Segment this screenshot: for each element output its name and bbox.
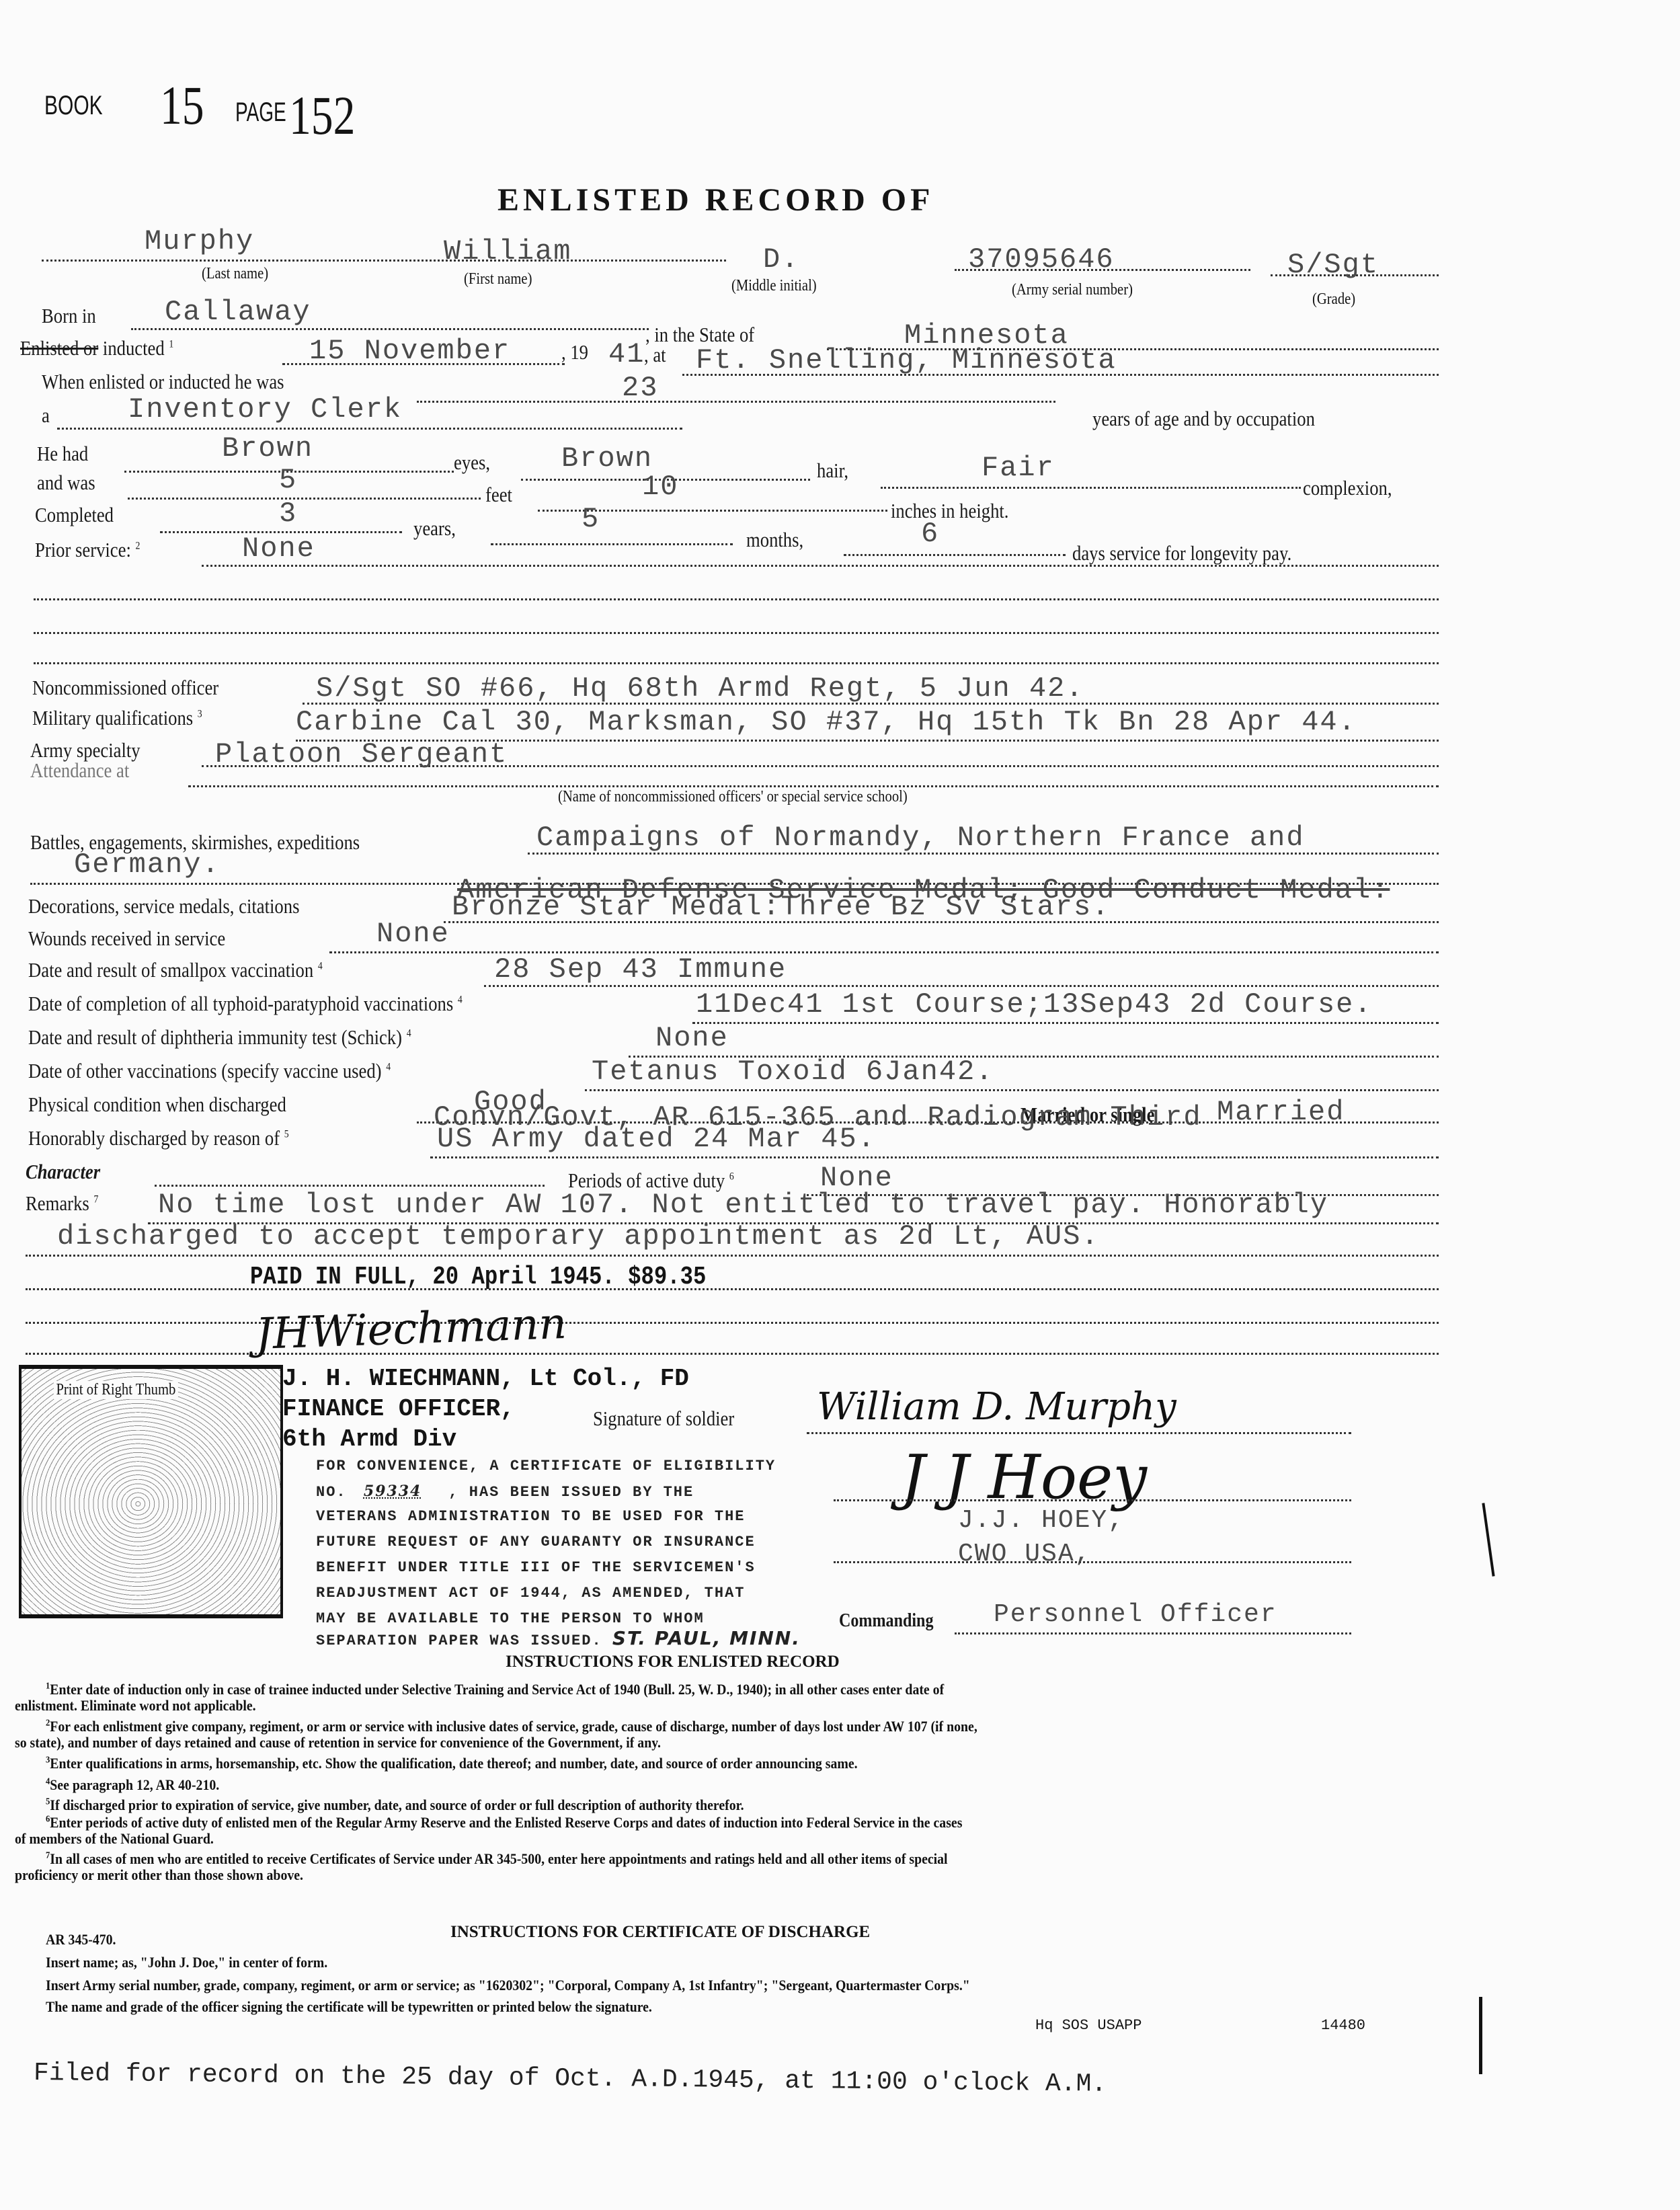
- longevity-days: 6: [921, 518, 939, 550]
- instruction-text: In all cases of men who are entitled to …: [50, 1850, 947, 1867]
- eyes-label: eyes,: [454, 450, 490, 475]
- diphtheria-value: None: [655, 1022, 729, 1054]
- footnote-marker: 5: [284, 1129, 289, 1140]
- prior-service-label: Prior service: 2: [35, 538, 140, 562]
- attendance-caption: (Name of noncommissioned officers' or sp…: [558, 788, 908, 806]
- inducted-label: inducted: [103, 336, 165, 360]
- certificate-line5: BENEFIT UNDER TITLE III OF THE SERVICEME…: [316, 1559, 756, 1576]
- footnote-marker: 4: [318, 961, 323, 972]
- instruction-text: Enter qualifications in arms, horsemansh…: [50, 1755, 857, 1772]
- last-name: Murphy: [145, 225, 254, 258]
- smallpox-label: Date and result of smallpox vaccination …: [28, 958, 323, 982]
- height-feet: 5: [279, 464, 297, 496]
- discharge-ar-reference: AR 345-470.: [46, 1931, 116, 1948]
- certificate-line4: FUTURE REQUEST OF ANY GUARANTY OR INSURA…: [316, 1534, 756, 1550]
- smallpox-value: 28 Sep 43 Immune: [494, 953, 787, 986]
- diphtheria-text: Date and result of diphtheria immunity t…: [28, 1025, 402, 1049]
- other-vaccinations-text: Date of other vaccinations (specify vacc…: [28, 1059, 382, 1082]
- nco-label: Noncommissioned officer: [32, 676, 218, 700]
- longevity-years: 3: [279, 498, 297, 530]
- certificate-line3: VETERANS ADMINISTRATION TO BE USED FOR T…: [316, 1508, 746, 1525]
- discharge-reason-label: Honorably discharged by reason of 5: [28, 1126, 289, 1150]
- page-title: ENLISTED RECORD OF: [497, 182, 934, 219]
- other-vaccinations-value: Tetanus Toxoid 6Jan42.: [592, 1056, 994, 1088]
- hair-label: hair,: [817, 459, 848, 483]
- qualifications-text: Military qualifications: [32, 706, 193, 729]
- commanding-label: Commanding: [839, 1610, 934, 1632]
- instruction-continuation: so state), and number of days retained a…: [15, 1734, 661, 1751]
- certificate-no-label: NO.: [316, 1484, 347, 1501]
- footnote-marker: 4: [407, 1028, 411, 1039]
- grade-caption: (Grade): [1312, 290, 1355, 309]
- remarks-text: Remarks: [26, 1191, 89, 1215]
- instruction-item: 7In all cases of men who are entitled to…: [46, 1850, 948, 1868]
- hair-color: Brown: [561, 442, 653, 475]
- serial-number: 37095646: [968, 243, 1115, 276]
- certificate-line8: SEPARATION PAPER WAS ISSUED. ST. PAUL, M…: [316, 1627, 801, 1649]
- bracket-mark: [1482, 1503, 1494, 1576]
- was-label: and was: [37, 471, 95, 495]
- stamp-number: 14480: [1321, 2017, 1365, 2034]
- finance-officer-name: J. H. WIECHMANN, Lt Col., FD: [282, 1365, 689, 1392]
- years-label: years,: [413, 516, 456, 541]
- decorations-label: Decorations, service medals, citations: [28, 894, 299, 918]
- age-label: When enlisted or inducted he was: [42, 370, 284, 394]
- days-label: days service for longevity pay.: [1072, 541, 1291, 565]
- prior-service-text: Prior service:: [35, 538, 131, 561]
- typhoid-label: Date of completion of all typhoid-paraty…: [28, 992, 463, 1016]
- footnote-marker: 1: [169, 339, 173, 350]
- page-label: PAGE: [235, 97, 286, 128]
- battles-value-line2: Germany.: [74, 849, 221, 881]
- enlistment-place: Ft. Snelling, Minnesota: [696, 344, 1117, 377]
- complexion-label: complexion,: [1303, 476, 1392, 500]
- footnote-marker: 6: [729, 1171, 734, 1183]
- age-suffix: years of age and by occupation: [1092, 407, 1315, 431]
- longevity-months: 5: [582, 503, 600, 535]
- thumbprint-box: Print of Right Thumb: [19, 1365, 283, 1618]
- soldier-signature: William D. Murphy: [817, 1385, 1176, 1429]
- other-vaccinations-label: Date of other vaccinations (specify vacc…: [28, 1059, 391, 1083]
- remarks-line1: No time lost under AW 107. Not entitled …: [158, 1189, 1328, 1221]
- thumbprint-label: Print of Right Thumb: [54, 1381, 178, 1399]
- instruction-continuation: proficiency or merit other than those sh…: [15, 1866, 303, 1884]
- enlistment-age: 23: [622, 372, 658, 404]
- occupation: Inventory Clerk: [128, 393, 402, 426]
- attendance-label: Attendance at: [30, 758, 129, 783]
- stamp-office: Hq SOS USAPP: [1035, 2017, 1142, 2034]
- discharge-reason-text: Honorably discharged by reason of: [28, 1126, 280, 1150]
- physical-condition-label: Physical condition when discharged: [28, 1093, 286, 1117]
- complexion: Fair: [982, 452, 1055, 484]
- instruction-text: Enter date of induction only in case of …: [50, 1681, 944, 1698]
- decorations-value: Bronze Star Medal:Three Bz Sv Stars.: [452, 891, 1110, 923]
- first-name: William: [444, 235, 571, 268]
- instruction-item: 4See paragraph 12, AR 40-210.: [46, 1776, 219, 1794]
- wounds-label: Wounds received in service: [28, 926, 225, 951]
- discharge-instruction-1: Insert name; as, "John J. Doe," in cente…: [46, 1954, 327, 1971]
- certificate-issued-at: ST. PAUL, MINN.: [612, 1627, 801, 1649]
- character-label: Character: [26, 1160, 100, 1184]
- enlistment-date: 15 November: [309, 335, 510, 367]
- typhoid-text: Date of completion of all typhoid-paraty…: [28, 992, 453, 1015]
- feet-label: feet: [485, 483, 512, 507]
- certificate-line6: READJUSTMENT ACT OF 1944, AS AMENDED, TH…: [316, 1585, 746, 1602]
- finance-officer-title: FINANCE OFFICER,: [282, 1395, 515, 1423]
- diphtheria-label: Date and result of diphtheria immunity t…: [28, 1025, 411, 1050]
- smallpox-text: Date and result of smallpox vaccination: [28, 958, 313, 982]
- paid-in-full-stamp: PAID IN FULL, 20 April 1945. $89.35: [250, 1263, 706, 1292]
- book-label: BOOK: [44, 91, 103, 121]
- certificate-line2: NO. 59334, HAS BEEN ISSUED BY THE: [316, 1483, 694, 1501]
- footnote-marker: 4: [386, 1062, 391, 1073]
- footnote-marker: 7: [93, 1194, 98, 1206]
- qualifications-value: Carbine Cal 30, Marksman, SO #37, Hq 15t…: [296, 706, 1357, 738]
- soldier-signature-label: Signature of soldier: [593, 1407, 734, 1431]
- instructions-enlisted-heading: INSTRUCTIONS FOR ENLISTED RECORD: [506, 1653, 840, 1671]
- instruction-text: See paragraph 12, AR 40-210.: [50, 1776, 219, 1793]
- bracket-mark: [1479, 1997, 1482, 2074]
- serial-caption: (Army serial number): [1012, 281, 1133, 299]
- finance-officer-unit: 6th Armd Div: [282, 1425, 456, 1453]
- certificate-line1: FOR CONVENIENCE, A CERTIFICATE OF ELIGIB…: [316, 1458, 776, 1474]
- commanding-officer-rank: CWO USA,: [958, 1540, 1091, 1569]
- battles-value-line1: Campaigns of Normandy, Northern France a…: [536, 822, 1305, 854]
- certificate-line7: MAY BE AVAILABLE TO THE PERSON TO WHOM: [316, 1610, 705, 1627]
- last-name-caption: (Last name): [202, 265, 268, 283]
- discharge-reason-line2: US Army dated 24 Mar 45.: [437, 1123, 876, 1155]
- wounds-value: None: [376, 918, 450, 950]
- instruction-text: If discharged prior to expiration of ser…: [50, 1797, 744, 1813]
- instruction-continuation: enlistment. Eliminate word not applicabl…: [15, 1697, 256, 1714]
- instruction-item: 2For each enlistment give company, regim…: [46, 1718, 977, 1735]
- remarks-label: Remarks 7: [26, 1191, 98, 1216]
- enlisted-label: Enlisted or inducted 1: [20, 336, 173, 360]
- filing-record: Filed for record on the 25 day of Oct. A…: [34, 2059, 1107, 2099]
- footnote-marker: 2: [136, 541, 141, 552]
- instruction-text: For each enlistment give company, regime…: [50, 1718, 977, 1735]
- instruction-item: 5If discharged prior to expiration of se…: [46, 1797, 744, 1814]
- certificate-line8-text: SEPARATION PAPER WAS ISSUED.: [316, 1632, 602, 1649]
- enlisted-struck: Enlisted or: [20, 336, 98, 360]
- certificate-number: 59334: [357, 1483, 449, 1500]
- commanding-officer-title: Personnel Officer: [994, 1600, 1277, 1629]
- remarks-line2: discharged to accept temporary appointme…: [57, 1220, 1100, 1253]
- commanding-officer-signature: J J Hoey: [901, 1442, 1147, 1513]
- eye-color: Brown: [222, 432, 313, 465]
- specialty-value: Platoon Sergeant: [215, 738, 508, 771]
- typhoid-value: 11Dec41 1st Course;13Sep43 2d Course.: [696, 988, 1373, 1021]
- instruction-item: 1Enter date of induction only in case of…: [46, 1681, 944, 1698]
- occupation-prefix: a: [42, 403, 50, 428]
- footnote-marker: 4: [458, 994, 463, 1006]
- birth-place: Callaway: [165, 296, 311, 328]
- first-name-caption: (First name): [464, 270, 532, 288]
- months-label: months,: [746, 528, 803, 552]
- nco-value: S/Sgt SO #66, Hq 68th Armd Regt, 5 Jun 4…: [316, 672, 1084, 705]
- enlistment-year: 41: [608, 338, 645, 370]
- commanding-officer-name: J.J. HOEY,: [958, 1506, 1125, 1535]
- completed-label: Completed: [35, 503, 114, 527]
- finance-officer-signature: JHWiechmann: [255, 1299, 567, 1359]
- discharge-instruction-3: The name and grade of the officer signin…: [46, 1998, 652, 2016]
- instruction-item: 6Enter periods of active duty of enliste…: [46, 1814, 962, 1831]
- grade: S/Sgt: [1287, 249, 1379, 281]
- at-label: , at: [644, 343, 666, 367]
- instruction-text: Enter periods of active duty of enlisted…: [50, 1814, 962, 1831]
- certificate-line2-suffix: , HAS BEEN ISSUED BY THE: [448, 1484, 694, 1501]
- discharge-instruction-2: Insert Army serial number, grade, compan…: [46, 1977, 970, 1994]
- born-label: Born in: [42, 304, 96, 328]
- instruction-item: 3Enter qualifications in arms, horsemans…: [46, 1755, 858, 1772]
- instructions-discharge-heading: INSTRUCTIONS FOR CERTIFICATE OF DISCHARG…: [450, 1923, 870, 1942]
- qualifications-label: Military qualifications 3: [32, 706, 202, 730]
- married-value: Married: [1217, 1096, 1345, 1128]
- page-number: 152: [289, 84, 355, 147]
- height-inches: 10: [642, 471, 678, 503]
- instruction-continuation: of members of the National Guard.: [15, 1830, 214, 1848]
- middle-initial: D.: [763, 243, 799, 276]
- year-prefix: , 19: [561, 340, 588, 364]
- footnote-marker: 3: [198, 709, 202, 720]
- middle-initial-caption: (Middle initial): [731, 277, 817, 295]
- had-label: He had: [37, 442, 88, 466]
- book-number: 15: [160, 74, 204, 137]
- inches-label: inches in height.: [891, 499, 1008, 523]
- prior-service-value: None: [242, 532, 315, 565]
